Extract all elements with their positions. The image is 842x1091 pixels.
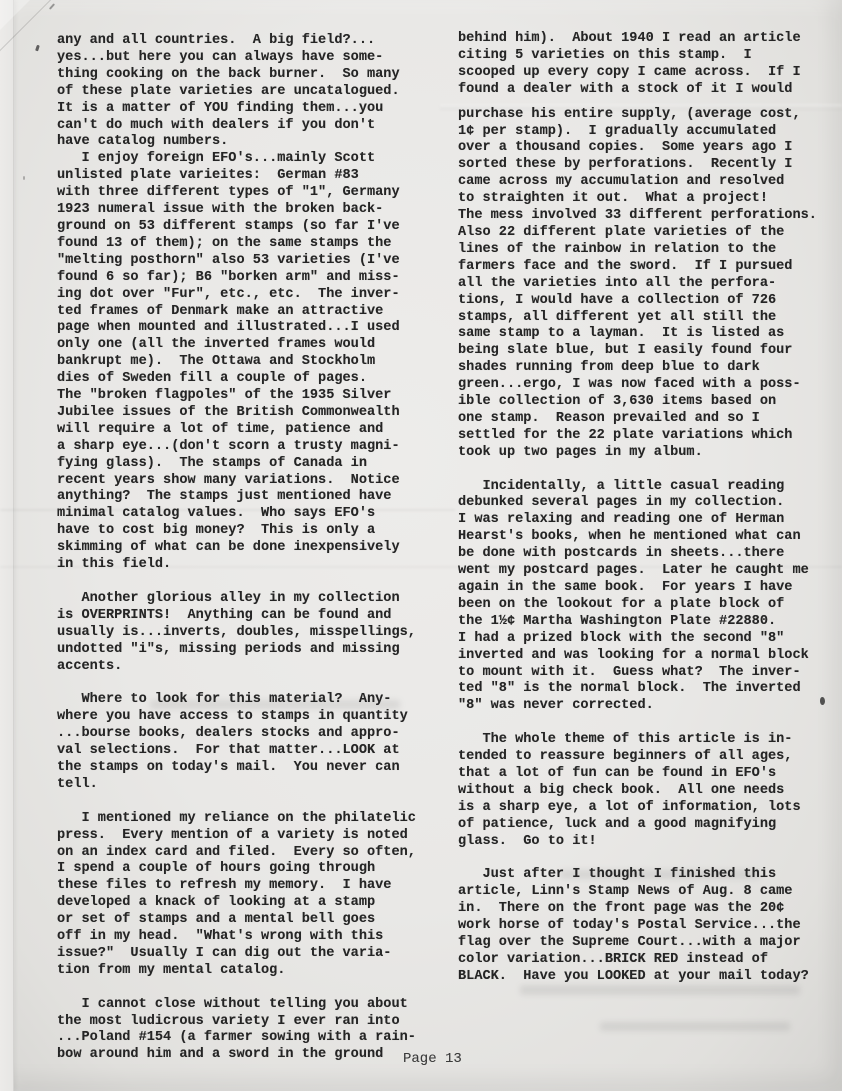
article-right-column: behind him). About 1940 I read an articl… (458, 31, 817, 986)
ink-speck (820, 697, 825, 705)
article-right-column-body-text: purchase his entire supply, (average cos… (458, 107, 817, 986)
bleed-through-artifact (600, 1022, 790, 1031)
ink-speck (23, 176, 25, 180)
page-number-label: Page 13 (403, 1051, 462, 1067)
paper-left-edge-fold (0, 0, 14, 1091)
scanned-document-page: any and all countries. A big field?... y… (0, 0, 842, 1091)
bleed-through-artifact (520, 985, 800, 995)
ink-speck (49, 3, 55, 10)
article-left-column-text: any and all countries. A big field?... y… (57, 33, 416, 1064)
article-right-column-intro-text: behind him). About 1940 I read an articl… (458, 31, 817, 99)
ink-speck (35, 45, 40, 52)
crease-line-gap (458, 99, 817, 107)
